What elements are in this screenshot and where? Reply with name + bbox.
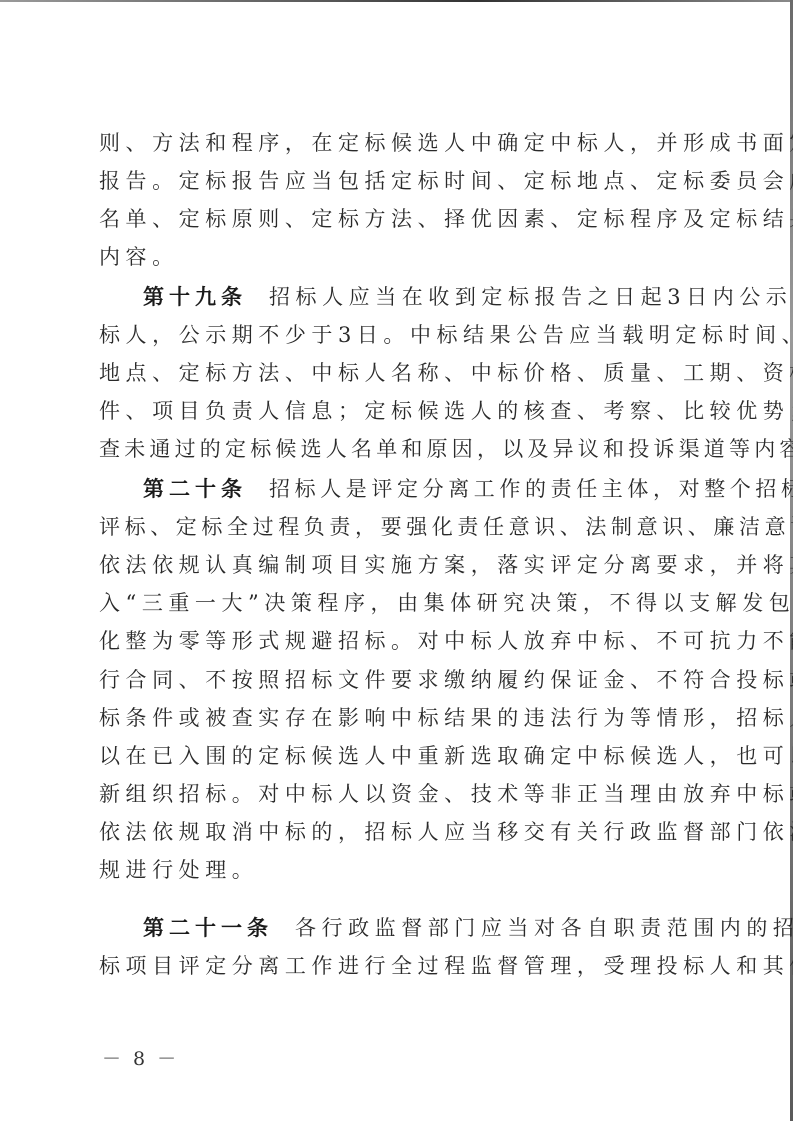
body-line: 规进行处理。 [99, 855, 258, 885]
body-line: 标人，公示期不少于3日。中标结果公告应当载明定标时间、定标 [99, 320, 793, 350]
body-line: 以在已入围的定标候选人中重新选取确定中标候选人，也可以重 [99, 741, 793, 771]
body-line: 化整为零等形式规避招标。对中标人放弃中标、不可抗力不能履 [99, 626, 793, 656]
article-number-20: 第二十条 [143, 476, 247, 501]
article-number-21: 第二十一条 [143, 915, 273, 940]
body-text: 各行政监督部门应当对各自职责范围内的招投 [295, 916, 793, 940]
body-line: 评标、定标全过程负责，要强化责任意识、法制意识、廉洁意识， [99, 512, 793, 542]
article-21-first-line: 第二十一条各行政监督部门应当对各自职责范围内的招投 [143, 913, 793, 943]
body-line: 标项目评定分离工作进行全过程监督管理，受理投标人和其他利 [99, 951, 793, 981]
body-line: 入“三重一大”决策程序，由集体研究决策，不得以支解发包、 [99, 588, 793, 618]
body-line: 依法依规认真编制项目实施方案，落实评定分离要求，并将其纳 [99, 550, 793, 580]
body-line: 内容。 [99, 242, 179, 272]
body-text: 招标人应当在收到定标报告之日起3日内公示中 [269, 285, 793, 309]
body-line: 查未通过的定标候选人名单和原因，以及异议和投诉渠道等内容。 [99, 434, 793, 464]
page-number: － 8 － [102, 1046, 179, 1072]
article-19-first-line: 第十九条招标人应当在收到定标报告之日起3日内公示中 [143, 282, 793, 312]
body-line: 依法依规取消中标的，招标人应当移交有关行政监督部门依法依 [99, 817, 793, 847]
body-line: 地点、定标方法、中标人名称、中标价格、质量、工期、资格条 [99, 358, 793, 388]
body-text: 招标人是评定分离工作的责任主体，对整个招标、 [269, 477, 793, 501]
body-line: 行合同、不按照招标文件要求缴纳履约保证金、不符合投标或中 [99, 665, 793, 695]
article-number-19: 第十九条 [143, 284, 247, 309]
body-line: 报告。定标报告应当包括定标时间、定标地点、定标委员会成员 [99, 166, 793, 196]
body-line: 新组织招标。对中标人以资金、技术等非正当理由放弃中标或被 [99, 779, 793, 809]
body-line: 则、方法和程序，在定标候选人中确定中标人，并形成书面定标 [99, 128, 793, 158]
body-line: 名单、定标原则、定标方法、择优因素、定标程序及定标结果等 [99, 204, 793, 234]
article-20-first-line: 第二十条招标人是评定分离工作的责任主体，对整个招标、 [143, 474, 793, 504]
body-line: 标条件或被查实存在影响中标结果的违法行为等情形，招标人可 [99, 703, 793, 733]
scan-edge-top [0, 0, 793, 2]
body-line: 件、项目负责人信息；定标候选人的核查、考察、比较优势；核 [99, 396, 793, 426]
